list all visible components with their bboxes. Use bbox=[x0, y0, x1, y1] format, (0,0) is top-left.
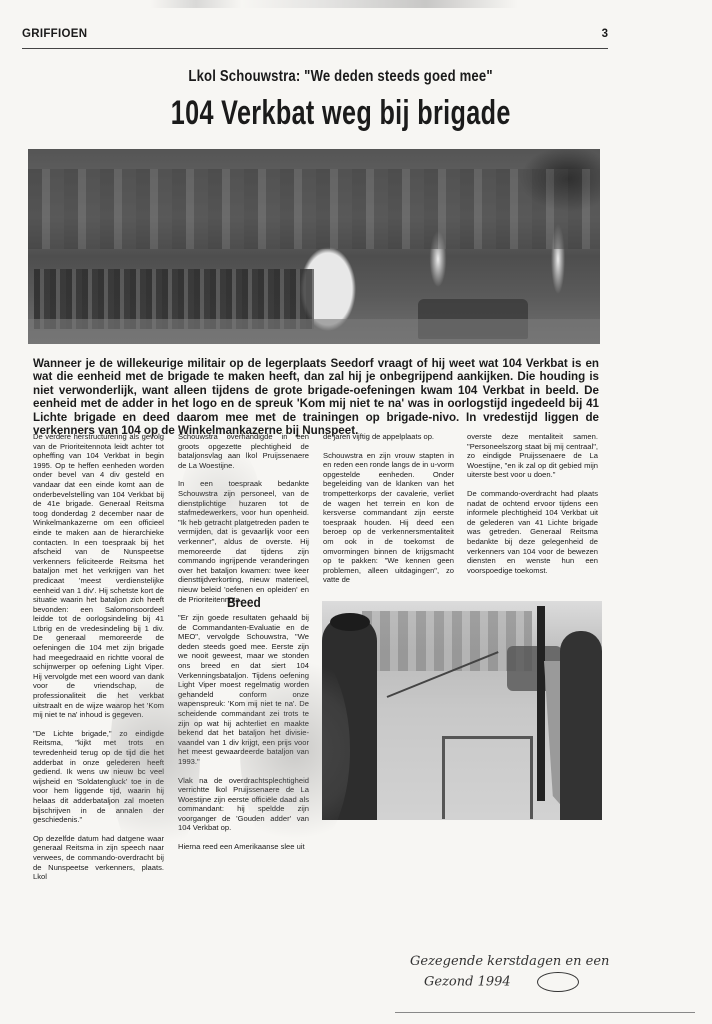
scan-stain bbox=[180, 440, 260, 560]
note-line-1: Gezegende kerstdagen en een bbox=[410, 952, 680, 972]
officer-right bbox=[560, 631, 602, 820]
page-number: 3 bbox=[602, 28, 608, 40]
paragraph: de jaren vijftig de appelplaats op. bbox=[323, 432, 454, 442]
publication-name: GRIFFIOEN bbox=[22, 28, 87, 40]
lead-paragraph: Wanneer je de willekeurige militair op d… bbox=[33, 357, 599, 437]
section-heading-breed: Breed bbox=[178, 594, 309, 610]
bottom-rule bbox=[395, 1012, 695, 1013]
subtitle-text: Lkol Schouwstra: "We deden steeds goed m… bbox=[189, 68, 493, 86]
note-line-2-text: Gezond 1994 bbox=[424, 975, 511, 990]
ceremony-photo bbox=[322, 601, 602, 820]
paragraph: De commando-overdracht had plaats nadat … bbox=[467, 489, 598, 575]
title-text: 104 Verkbat weg bij brigade bbox=[171, 94, 511, 133]
scan-smudge bbox=[150, 0, 610, 8]
handwritten-note: Gezegende kerstdagen en een Gezond 1994 bbox=[410, 952, 680, 993]
column-3: de jaren vijftig de appelplaats op. Scho… bbox=[323, 432, 454, 594]
paragraph: Schouwstra en zijn vrouw stapten in en r… bbox=[323, 451, 454, 585]
parade-ground bbox=[28, 319, 600, 344]
note-line-2: Gezond 1994 bbox=[424, 972, 680, 993]
column-4: overste deze mentaliteit samen. "Persone… bbox=[467, 432, 598, 584]
article-subtitle: Lkol Schouwstra: "We deden steeds goed m… bbox=[0, 68, 712, 86]
scan-stain bbox=[110, 640, 200, 870]
article-title: 104 Verkbat weg bij brigade bbox=[0, 94, 712, 133]
scan-stain bbox=[240, 640, 350, 860]
beret bbox=[330, 613, 370, 631]
flag-pole bbox=[537, 606, 545, 801]
lectern bbox=[442, 736, 533, 819]
heading-text: Breed bbox=[227, 594, 261, 610]
trees bbox=[28, 169, 600, 249]
signature bbox=[537, 972, 579, 992]
parade-photo bbox=[28, 149, 600, 344]
paragraph: overste deze mentaliteit samen. "Persone… bbox=[467, 432, 598, 480]
page-header: GRIFFIOEN 3 bbox=[22, 26, 608, 49]
